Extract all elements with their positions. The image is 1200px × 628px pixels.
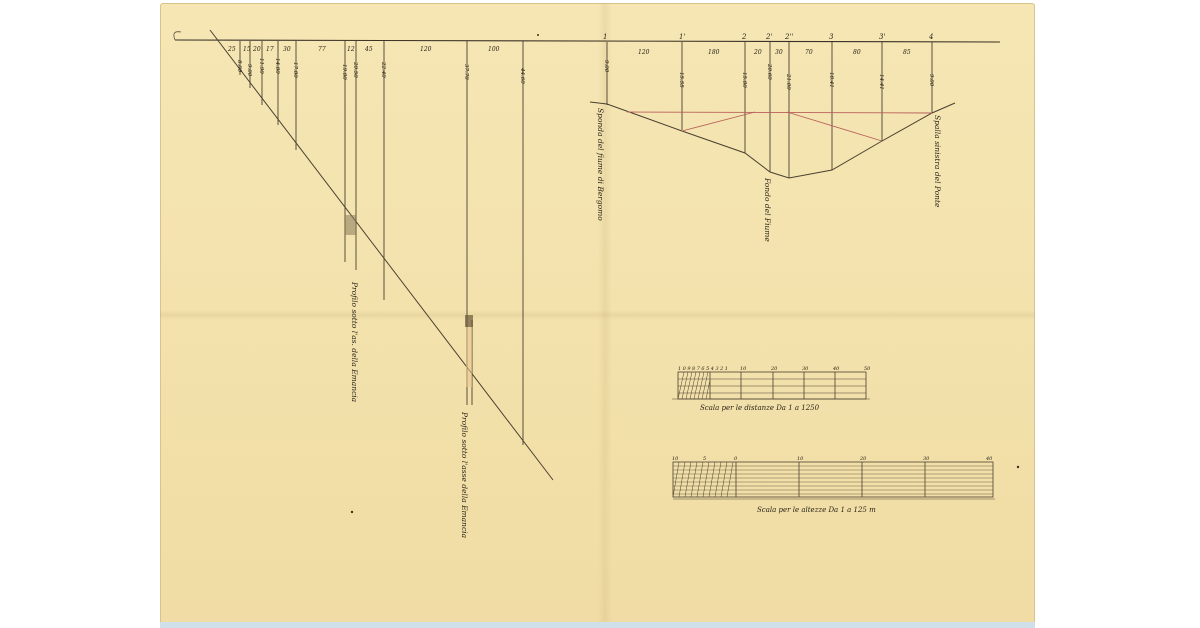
left-elevation-label: 44.60 (519, 67, 525, 84)
left-distance-label: 20 (252, 46, 261, 53)
station-label: 4 (928, 33, 933, 41)
left-elevation-label: 20.50 (352, 61, 358, 78)
right-elevation-label: 21.00 (785, 73, 791, 90)
left-distance-label: 25 (227, 46, 236, 53)
station-label: 2' (765, 33, 772, 41)
svg-text:10987654321: 10987654321 (678, 366, 730, 372)
height-scale-label: 20 (859, 456, 867, 462)
station-label: 1 (603, 33, 607, 41)
distance-scale-label: 30 (802, 366, 809, 372)
right-annotation-center: Fondo del Fiume (763, 177, 772, 242)
left-elevation-label: 9.00 (246, 64, 252, 77)
height-scale: 10 5 0 10 20 30 40 Scala per le altezze … (672, 456, 995, 514)
left-elevation-label: 11.90 (258, 58, 264, 74)
distance-scale: 10987654321 10 20 30 40 50 Scala per le … (672, 366, 871, 412)
left-elevation-label: 17.80 (292, 62, 298, 78)
height-scale-label: 5 (703, 456, 706, 462)
height-scale-label: 10 (797, 456, 804, 462)
height-scale-label: 30 (923, 456, 930, 462)
height-scale-label: 0 (734, 456, 738, 462)
station-label: 2'' (784, 33, 793, 41)
left-annotation-2: Profilo sotto l'asse della Emancia (460, 411, 469, 538)
left-elevation-label: 37.70 (463, 64, 469, 80)
left-distance-label: 120 (420, 46, 432, 53)
document-stage: 25 15 20 17 30 77 12 45 120 100 8.00 9.0… (0, 0, 1200, 628)
left-elevation-label: 14.80 (274, 58, 280, 74)
segment-distance: 70 (805, 49, 813, 56)
right-elevation-label: 9.00 (603, 60, 609, 73)
segment-distance: 85 (903, 49, 911, 56)
right-elevation-label: 14.41 (878, 74, 884, 90)
distance-scale-label: 20 (770, 366, 778, 372)
left-pile-marker-2 (465, 315, 473, 327)
height-scale-label: 40 (985, 456, 993, 462)
red-waterline (627, 112, 932, 113)
right-elevation-label: 15.80 (741, 72, 747, 88)
left-distance-label: 100 (488, 46, 500, 53)
left-elevation-label: 19.80 (341, 64, 347, 80)
distance-scale-label: 40 (832, 366, 840, 372)
left-annotation-1: Profilo sotto l'as. della Emancia (350, 281, 359, 402)
distance-scale-label: 10 (740, 366, 747, 372)
left-elevation-label: 22.40 (380, 61, 386, 78)
left-distance-label: 77 (318, 46, 326, 53)
distance-scale-label: 50 (864, 366, 871, 372)
right-elevation-label: 9.00 (928, 74, 934, 87)
station-label: 1' (679, 33, 685, 41)
left-pile-marker-1 (345, 215, 356, 235)
segment-distance: 80 (853, 49, 861, 56)
segment-distance: 180 (708, 49, 720, 56)
datum-line (175, 40, 1000, 42)
segment-distance: 120 (638, 49, 650, 56)
left-distance-label: 17 (266, 46, 274, 53)
station-label: 2 (741, 33, 747, 41)
right-annotation-right: Spalla sinistra del Ponte (933, 115, 942, 208)
height-scale-label: 10 (672, 456, 679, 462)
left-elevation-label: 8.00 (236, 60, 242, 73)
left-profile: 25 15 20 17 30 77 12 45 120 100 8.00 9.0… (210, 30, 553, 538)
height-scale-caption: Scala per le altezze Da 1 a 125 m (757, 506, 876, 514)
right-annotation-left: Sponda del fiume di Bergomo (596, 108, 605, 221)
right-elevation-label: 15.55 (678, 72, 684, 88)
survey-drawing: 25 15 20 17 30 77 12 45 120 100 8.00 9.0… (0, 0, 1200, 628)
segment-distance: 20 (753, 49, 762, 56)
datum-line-hook (174, 32, 181, 40)
left-distance-label: 12 (347, 46, 355, 53)
station-label: 3 (829, 33, 834, 41)
distance-scale-caption: Scala per le distanze Da 1 a 1250 (700, 404, 820, 412)
left-distance-label: 30 (283, 46, 291, 53)
left-distance-label: 45 (364, 46, 373, 53)
right-ground-line (590, 102, 955, 178)
segment-distance: 30 (775, 49, 783, 56)
right-profile: 1 1' 2 2' 2'' 3 3' 4 120 180 20 30 70 80… (590, 33, 955, 242)
left-distance-label: 15 (243, 46, 251, 53)
right-elevation-label: 18.41 (828, 72, 834, 88)
station-label: 3' (879, 33, 885, 41)
right-elevation-label: 20.60 (766, 63, 772, 80)
left-ground-slope (210, 30, 553, 480)
